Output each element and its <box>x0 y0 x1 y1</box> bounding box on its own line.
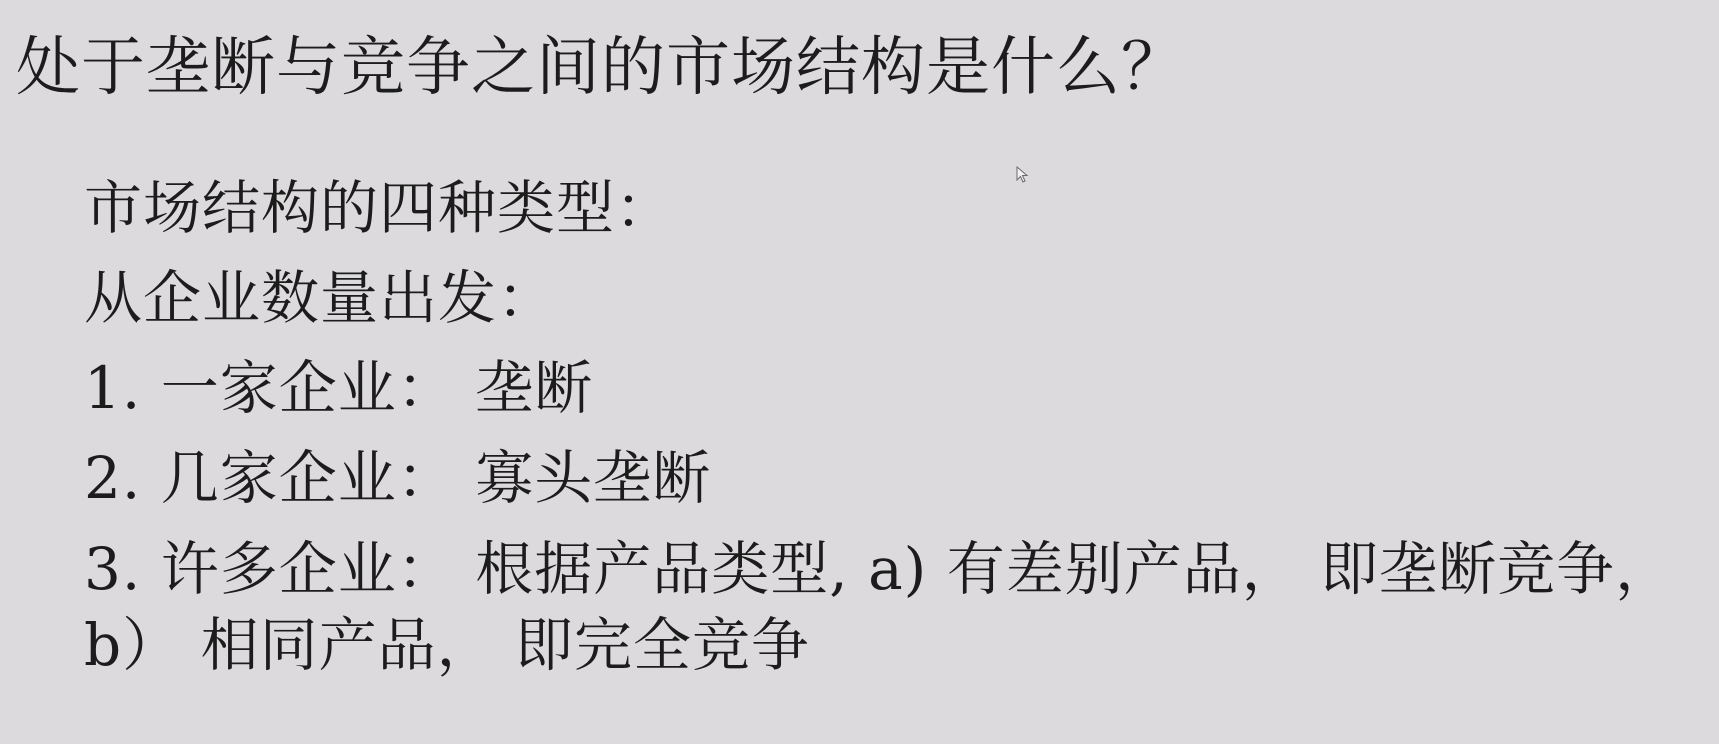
mouse-pointer-icon <box>1016 166 1030 184</box>
intro-line-firm-count: 从企业数量出发： <box>84 253 1684 343</box>
intro-line-market-types: 市场结构的四种类型： <box>84 163 1684 253</box>
slide-body: 市场结构的四种类型： 从企业数量出发： 1. 一家企业： 垄断 2. 几家企业：… <box>84 163 1684 683</box>
list-item-many-firms: 3. 许多企业： 根据产品类型, a) 有差别产品， 即垄断竞争， b） 相同产… <box>84 531 1684 683</box>
slide-title: 处于垄断与竞争之间的市场结构是什么？ <box>16 28 1186 108</box>
list-item-monopoly: 1. 一家企业： 垄断 <box>84 343 1684 433</box>
slide: 处于垄断与竞争之间的市场结构是什么？ 市场结构的四种类型： 从企业数量出发： 1… <box>0 0 1719 744</box>
list-item-oligopoly: 2. 几家企业： 寡头垄断 <box>84 433 1684 523</box>
